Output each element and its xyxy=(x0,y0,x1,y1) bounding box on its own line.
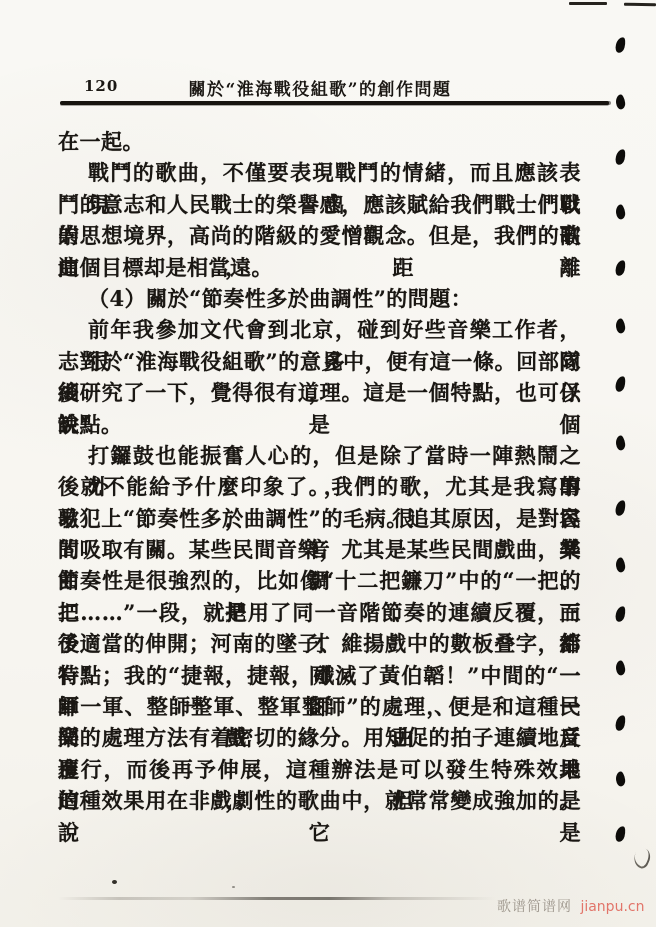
text-line: 細研究了一下，覺得很有道理。這是一個特點，也可以說是個 xyxy=(58,377,581,408)
ink-mark xyxy=(614,259,627,277)
text-line: 志對於“淮海戰役組歌”的意見中，便有這一條。回部隊後，仔 xyxy=(58,346,581,377)
text-line: 軍一軍、整師整軍、整軍整師”的處理，便是和這種民間戲曲音 xyxy=(58,691,581,722)
ink-mark xyxy=(615,204,626,220)
ink-mark xyxy=(614,375,627,393)
text-line: 這種效果用在非戲劇性的歌曲中，就常常變成強加的。說它是 xyxy=(58,785,581,816)
text-line: 前年我參加文代會到北京，碰到好些音樂工作者，很多同 xyxy=(58,314,581,345)
text-line: 予適當的伸開；河南的墜子、維揚戲中的數板叠字，都有同一 xyxy=(58,628,581,659)
ink-mark xyxy=(615,557,626,573)
text-line: （4）關於“節奏性多於曲調性”的問題： xyxy=(58,283,581,314)
scan-artifact-dash xyxy=(624,3,656,7)
ink-mark xyxy=(615,318,626,334)
header-rule xyxy=(60,101,609,105)
text-line: 鬥的意志和人民戰士的榮譽感，應該賦給我們戰士們以崇高 xyxy=(58,189,581,220)
ink-mark xyxy=(614,499,627,517)
text-line: 戰鬥的歌曲，不僅要表現戰鬥的情緒，而且應該表現出戰 xyxy=(58,157,581,188)
scan-artifact-scribble xyxy=(631,846,654,871)
ink-mark xyxy=(614,36,627,54)
text-line: 樂的處理方法有着密切的緣分。用短促的拍子連續地反覆地 xyxy=(58,722,581,753)
watermark-site-name: 歌谱简谱网 xyxy=(497,899,572,915)
scan-artifact-dash xyxy=(569,2,607,5)
watermark: 歌谱简谱网 jianpu.cn xyxy=(497,896,644,916)
scan-artifact-speck xyxy=(232,886,235,888)
text-line: 特點；我的“捷報，捷報，殲滅了黃伯韜！”中間的“一師一師、一 xyxy=(58,660,581,691)
text-line: 後就不能給予什麼印象了。我們的歌，尤其是我寫的歌，很容 xyxy=(58,471,581,502)
scan-artifact-smudge xyxy=(58,897,496,900)
scanned-book-page: 120 關於“淮海戰役組歌”的創作問題 在一起。 戰鬥的歌曲，不僅要表現戰鬥的情… xyxy=(0,0,656,927)
text-line: 的吸取有關。某些民間音樂，尤其是某些民間戲曲，其曲調的 xyxy=(58,534,581,565)
ink-mark xyxy=(615,771,626,787)
ink-mark xyxy=(614,148,627,166)
text-line: 易犯上“節奏性多於曲調性”的毛病。追其原因，是對民間音樂 xyxy=(58,503,581,534)
text-line: 的思想境界，高尚的階級的愛憎觀念。但是，我們的歌曲，距離 xyxy=(58,220,581,251)
text-line: 在一起。 xyxy=(58,126,581,157)
ink-mark xyxy=(615,660,626,676)
running-header-title: 關於“淮海戰役組歌”的創作問題 xyxy=(40,75,600,100)
ink-mark xyxy=(614,825,627,843)
ink-mark xyxy=(614,605,627,623)
scan-artifact-speck xyxy=(112,880,117,884)
body-text: 在一起。 戰鬥的歌曲，不僅要表現戰鬥的情緒，而且應該表現出戰 鬥的意志和人民戰士… xyxy=(58,126,581,817)
text-line: 把……”一段，就是用了同一音階節奏的連續反覆，而後才給 xyxy=(58,597,581,628)
ink-mark xyxy=(615,435,626,451)
ink-mark xyxy=(615,94,626,110)
watermark-site-url: jianpu.cn xyxy=(580,899,644,915)
text-line: 打鑼鼓也能振奮人心的，但是除了當時一陣熱鬧之外，事 xyxy=(58,440,581,471)
ink-mark xyxy=(614,714,627,732)
text-line: 節奏性是很強烈的，比如像“十二把鐮刀”中的“一把、二把、三 xyxy=(58,565,581,596)
text-line: 進行，而後再予伸展，這種辦法是可以發生特殊效果的，但是 xyxy=(58,754,581,785)
